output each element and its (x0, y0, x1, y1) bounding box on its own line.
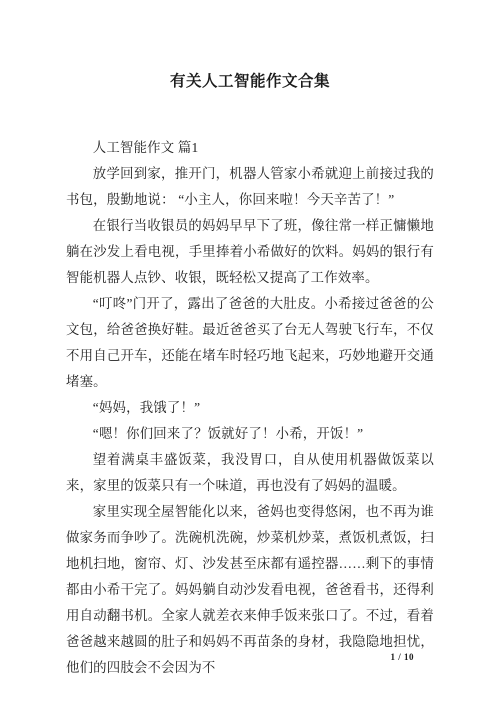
paragraph: 家里实现全屋智能化以来，爸妈也变得悠闲，也不再为谁做家务而争吵了。洗碗机洗碗，炒… (66, 499, 434, 681)
document-body: 人工智能作文 篇1放学回到家，推开门，机器人管家小希就迎上前接过我的书包，殷勤地… (66, 135, 434, 681)
paragraph: “嗯！你们回来了？饭就好了！小希，开饭！” (66, 421, 434, 447)
paragraph: 望着满桌丰盛饭菜，我没胃口，自从使用机器做饭菜以来，家里的饭菜只有一个味道，再也… (66, 447, 434, 499)
paragraph: 放学回到家，推开门，机器人管家小希就迎上前接过我的书包，殷勤地说： “小主人，你… (66, 161, 434, 213)
document-title: 有关人工智能作文合集 (0, 0, 500, 91)
paragraph: 在银行当收银员的妈妈早早下了班，像往常一样正慵懒地躺在沙发上看电视，手里捧着小希… (66, 213, 434, 291)
page-indicator: 1 / 10 (390, 651, 414, 664)
paragraph: 人工智能作文 篇1 (66, 135, 434, 161)
paragraph: “叮咚”门开了，露出了爸爸的大肚皮。小希接过爸爸的公文包，给爸爸换好鞋。最近爸爸… (66, 291, 434, 395)
paragraph: “妈妈，我饿了！” (66, 395, 434, 421)
document-page: 有关人工智能作文合集 人工智能作文 篇1放学回到家，推开门，机器人管家小希就迎上… (0, 0, 500, 707)
